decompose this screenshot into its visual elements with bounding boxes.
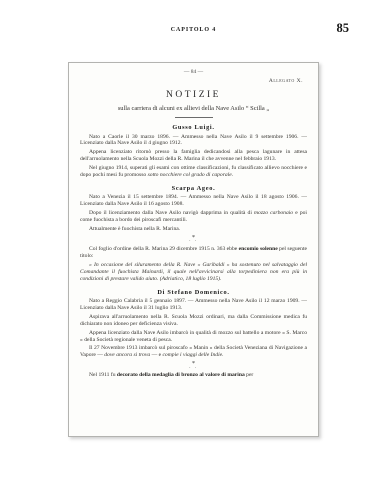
section-heading: Di Stefano Domenico. — [80, 289, 307, 296]
asterism-divider: *· · — [80, 236, 307, 244]
document-subtitle: sulla carriera di alcuni ex allievi dell… — [80, 105, 307, 112]
paragraph: Nato a Caorle il 30 marzo 1896. — Ammess… — [80, 134, 307, 148]
paragraph: Attualmente è fuochista nella R. Marina. — [80, 226, 307, 233]
paragraph: Nato a Venezia il 15 settembre 1894. — A… — [80, 194, 307, 208]
scanned-document-page: — 84 — Allegato X. NOTIZIE sulla carrier… — [68, 62, 319, 437]
scan-body: Gusso Luigi.Nato a Caorle il 30 marzo 18… — [80, 124, 307, 379]
paragraph: Col foglio d'ordine della R. Marina 29 d… — [80, 246, 307, 260]
asterism-divider: *· · — [80, 362, 307, 370]
section-heading: Gusso Luigi. — [80, 124, 307, 131]
paragraph: Nel giugno 1914, superati gli esami con … — [80, 165, 307, 179]
scan-folio-number: — 84 — — [80, 69, 307, 75]
paragraph: Dopo il licenziamento dalla Nave Asilo n… — [80, 210, 307, 224]
annex-label: Allegato X. — [80, 78, 307, 84]
title-divider-rule — [175, 117, 213, 118]
section-heading: Scarpa Ageo. — [80, 185, 307, 192]
paragraph: Nel 1911 fu decorato della medaglia di b… — [80, 372, 307, 379]
paragraph: « In occasione del siluramento della R. … — [80, 262, 307, 283]
paragraph: Appena licenziato dalla Nave Asilo imbar… — [80, 330, 307, 344]
paragraph: Aspirava all'arruolamento nella R. Scuol… — [80, 314, 307, 328]
page-number: 85 — [337, 21, 350, 36]
paragraph: Il 27 Novembre 1913 imbarcò sul piroscaf… — [80, 345, 307, 359]
document-title: NOTIZIE — [80, 90, 307, 100]
running-chapter-header: CAPITOLO 4 — [68, 27, 319, 33]
paragraph: Nato a Reggio Calabria il 5 gennaio 1897… — [80, 298, 307, 312]
paragraph: Appena licenziato ritornò presso la fami… — [80, 149, 307, 163]
